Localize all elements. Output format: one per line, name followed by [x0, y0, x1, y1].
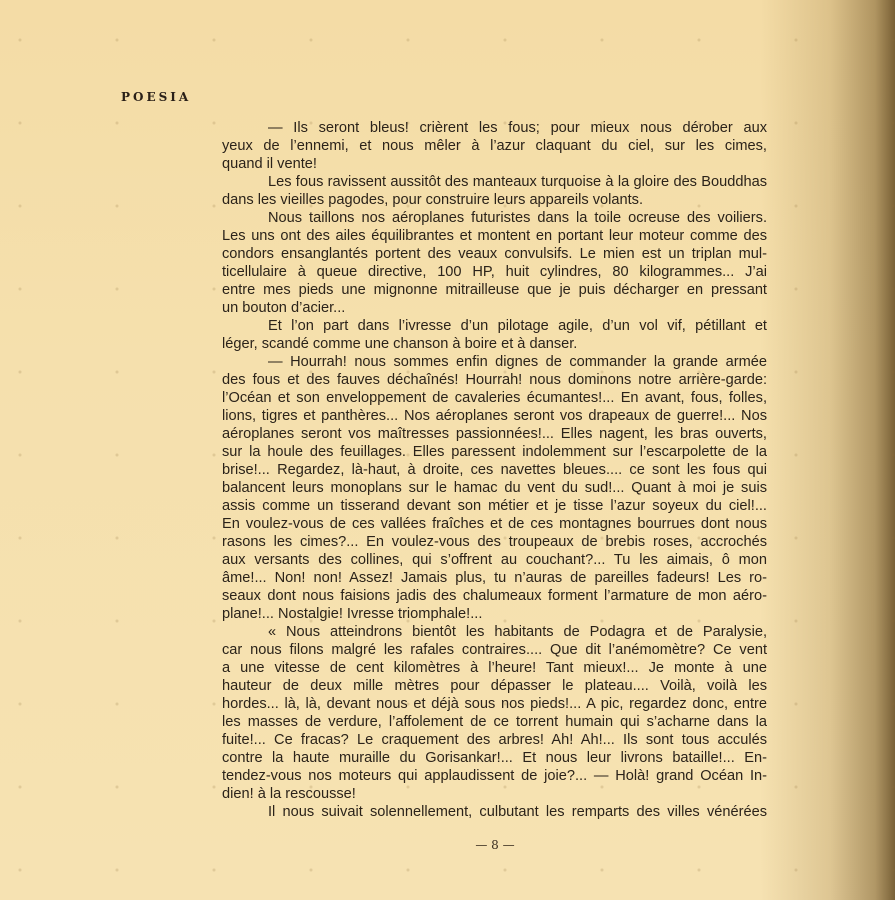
text-line: entre mes pieds une mignonne mitrailleus…: [222, 281, 767, 299]
text-line: — Hourrah! nous sommes enfin dignes de c…: [222, 353, 767, 371]
text-line: a une vitesse de cent kilomètres à l’heu…: [222, 659, 767, 677]
text-line: aux versants des collines, qui s’offrent…: [222, 551, 767, 569]
text-line: En voulez-vous de ces vallées fraîches e…: [222, 515, 767, 533]
text-line: brise!... Regardez, là-haut, à droite, c…: [222, 461, 767, 479]
text-line: lions, tigres et panthères... Nos aéropl…: [222, 407, 767, 425]
text-line: seaux dont nous faisions jadis des chalu…: [222, 587, 767, 605]
text-line: fuite!... Ce fracas? Le craquement des a…: [222, 731, 767, 749]
text-line: aéroplanes seront vos maîtresses passion…: [222, 425, 767, 443]
text-line: des fous et des fauves déchaînés! Hourra…: [222, 371, 767, 389]
text-line: l’Océan et son enveloppement de cavaleri…: [222, 389, 767, 407]
text-line: hordes... là, là, devant nous et déjà so…: [222, 695, 767, 713]
text-line: — Ils seront bleus! crièrent les fous; p…: [222, 119, 767, 137]
text-line: plane!... Nostalgie! Ivresse triomphale!…: [222, 605, 767, 623]
text-line: balancent leurs monoplans sur le hamac d…: [222, 479, 767, 497]
text-line: dans les vieilles pagodes, pour construi…: [222, 191, 767, 209]
text-line: assis comme un tisserand devant son méti…: [222, 497, 767, 515]
body-text: — Ils seront bleus! crièrent les fous; p…: [222, 119, 767, 821]
text-line: Les uns ont des ailes équilibrantes et m…: [222, 227, 767, 245]
text-line: Et l’on part dans l’ivresse d’un pilotag…: [222, 317, 767, 335]
text-line: sur la houle des feuillages. Elles pares…: [222, 443, 767, 461]
text-line: contre la haute muraille du Gorisankar!.…: [222, 749, 767, 767]
text-line: dien! à la rescousse!: [222, 785, 767, 803]
text-line: les masses de verdure, l’affolement de c…: [222, 713, 767, 731]
text-line: « Nous atteindrons bientôt les habitants…: [222, 623, 767, 641]
text-line: Nous taillons nos aéroplanes futuristes …: [222, 209, 767, 227]
text-line: condors ensanglantés portent des veaux c…: [222, 245, 767, 263]
text-line: âme!... Non! non! Assez! Jamais plus, tu…: [222, 569, 767, 587]
text-line: léger, scandé comme une chanson à boire …: [222, 335, 767, 353]
text-line: car nous filons malgré les rafales contr…: [222, 641, 767, 659]
text-line: quand il vente!: [222, 155, 767, 173]
running-header: POESIA: [121, 90, 191, 104]
text-line: Il nous suivait solennellement, culbutan…: [222, 803, 767, 821]
page-number: — 8 —: [0, 838, 895, 852]
text-line: ticellulaire à queue directive, 100 HP, …: [222, 263, 767, 281]
text-line: Les fous ravissent aussitôt des manteaux…: [222, 173, 767, 191]
text-line: un bouton d’acier...: [222, 299, 767, 317]
text-line: hauteur de deux mille mètres pour dépass…: [222, 677, 767, 695]
text-line: rasons les cimes?... En voulez-vous des …: [222, 533, 767, 551]
text-line: yeux de l’ennemi, et nous mêler à l’azur…: [222, 137, 767, 155]
text-line: tendez-vous nos moteurs qui applaudissen…: [222, 767, 767, 785]
